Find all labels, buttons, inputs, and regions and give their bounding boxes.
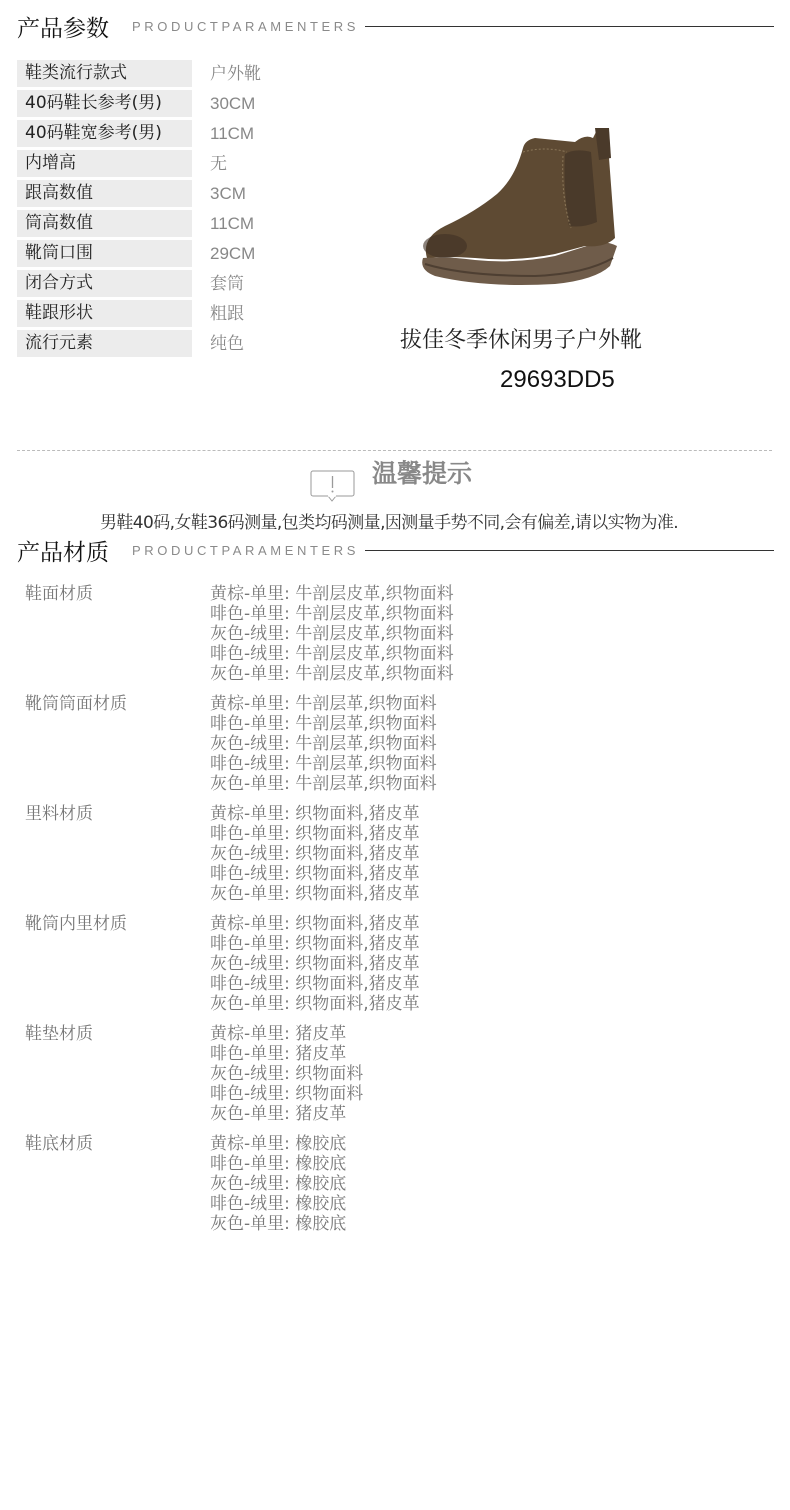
material-line: 啡色-单里: 织物面料,猪皮革: [210, 934, 420, 954]
divider-line: [365, 26, 774, 27]
material-line: 啡色-单里: 牛剖层皮革,织物面料: [210, 604, 454, 624]
material-line: 啡色-单里: 牛剖层革,织物面料: [210, 714, 437, 734]
boot-product-image: [405, 118, 635, 298]
param-value: 纯色: [210, 330, 244, 357]
materials-list: 鞋面材质 黄棕-单里: 牛剖层皮革,织物面料 啡色-单里: 牛剖层皮革,织物面料…: [25, 584, 765, 1244]
param-value: 无: [210, 150, 227, 177]
material-group: 靴筒筒面材质 黄棕-单里: 牛剖层革,织物面料 啡色-单里: 牛剖层革,织物面料…: [25, 694, 765, 794]
material-line: 啡色-绒里: 织物面料: [210, 1084, 363, 1104]
material-group: 里料材质 黄棕-单里: 织物面料,猪皮革 啡色-单里: 织物面料,猪皮革 灰色-…: [25, 804, 765, 904]
param-key: 内增高: [17, 150, 192, 177]
param-row: 跟高数值3CM: [17, 180, 377, 207]
exclamation-speech-bubble-icon: [310, 470, 355, 502]
material-values: 黄棕-单里: 猪皮革 啡色-单里: 猪皮革 灰色-绒里: 织物面料 啡色-绒里:…: [210, 1024, 363, 1124]
material-key: 靴筒筒面材质: [25, 694, 210, 794]
param-key: 跟高数值: [17, 180, 192, 207]
param-row: 40码鞋宽参考(男)11CM: [17, 120, 377, 147]
material-line: 灰色-绒里: 橡胶底: [210, 1174, 346, 1194]
material-line: 灰色-单里: 牛剖层皮革,织物面料: [210, 664, 454, 684]
param-value: 11CM: [210, 210, 254, 237]
param-key: 靴筒口围: [17, 240, 192, 267]
material-line: 灰色-单里: 橡胶底: [210, 1214, 346, 1234]
material-values: 黄棕-单里: 牛剖层皮革,织物面料 啡色-单里: 牛剖层皮革,织物面料 灰色-绒…: [210, 584, 454, 684]
material-line: 啡色-绒里: 牛剖层革,织物面料: [210, 754, 437, 774]
material-values: 黄棕-单里: 织物面料,猪皮革 啡色-单里: 织物面料,猪皮革 灰色-绒里: 织…: [210, 914, 420, 1014]
material-line: 黄棕-单里: 织物面料,猪皮革: [210, 804, 420, 824]
material-line: 啡色-绒里: 橡胶底: [210, 1194, 346, 1214]
material-group: 鞋垫材质 黄棕-单里: 猪皮革 啡色-单里: 猪皮革 灰色-绒里: 织物面料 啡…: [25, 1024, 765, 1124]
params-section-title: 产品参数: [17, 10, 109, 43]
divider-line: [365, 550, 774, 551]
param-row: 流行元素纯色: [17, 330, 377, 357]
param-value: 套筒: [210, 270, 244, 297]
material-line: 灰色-单里: 织物面料,猪皮革: [210, 994, 420, 1014]
materials-section-title: 产品材质: [17, 534, 109, 567]
param-value: 粗跟: [210, 300, 244, 327]
param-key: 40码鞋长参考(男): [17, 90, 192, 117]
material-line: 啡色-绒里: 织物面料,猪皮革: [210, 974, 420, 994]
param-key: 鞋跟形状: [17, 300, 192, 327]
material-line: 灰色-单里: 织物面料,猪皮革: [210, 884, 420, 904]
param-row: 40码鞋长参考(男)30CM: [17, 90, 377, 117]
materials-section-subtitle: PRODUCTPARAMENTERS: [132, 543, 359, 558]
material-line: 黄棕-单里: 牛剖层革,织物面料: [210, 694, 437, 714]
param-value: 11CM: [210, 120, 254, 147]
material-line: 灰色-绒里: 织物面料: [210, 1064, 363, 1084]
param-key: 流行元素: [17, 330, 192, 357]
material-group: 鞋底材质 黄棕-单里: 橡胶底 啡色-单里: 橡胶底 灰色-绒里: 橡胶底 啡色…: [25, 1134, 765, 1234]
product-name: 拔佳冬季休闲男子户外靴: [400, 323, 642, 354]
param-key: 筒高数值: [17, 210, 192, 237]
material-key: 里料材质: [25, 804, 210, 904]
material-line: 啡色-单里: 猪皮革: [210, 1044, 363, 1064]
material-key: 鞋垫材质: [25, 1024, 210, 1124]
param-row: 鞋跟形状粗跟: [17, 300, 377, 327]
material-values: 黄棕-单里: 橡胶底 啡色-单里: 橡胶底 灰色-绒里: 橡胶底 啡色-绒里: …: [210, 1134, 346, 1234]
material-values: 黄棕-单里: 牛剖层革,织物面料 啡色-单里: 牛剖层革,织物面料 灰色-绒里:…: [210, 694, 437, 794]
material-key: 鞋底材质: [25, 1134, 210, 1234]
param-value: 30CM: [210, 90, 255, 117]
param-row: 鞋类流行款式户外靴: [17, 60, 377, 87]
params-section-header: 产品参数 PRODUCTPARAMENTERS: [17, 6, 774, 46]
product-code: 29693DD5: [500, 366, 615, 394]
params-section-subtitle: PRODUCTPARAMENTERS: [132, 19, 359, 34]
material-line: 灰色-绒里: 织物面料,猪皮革: [210, 844, 420, 864]
param-row: 筒高数值11CM: [17, 210, 377, 237]
param-value: 户外靴: [210, 60, 261, 87]
material-line: 灰色-绒里: 织物面料,猪皮革: [210, 954, 420, 974]
material-values: 黄棕-单里: 织物面料,猪皮革 啡色-单里: 织物面料,猪皮革 灰色-绒里: 织…: [210, 804, 420, 904]
material-group: 靴筒内里材质 黄棕-单里: 织物面料,猪皮革 啡色-单里: 织物面料,猪皮革 灰…: [25, 914, 765, 1014]
material-line: 啡色-单里: 织物面料,猪皮革: [210, 824, 420, 844]
material-line: 啡色-绒里: 牛剖层皮革,织物面料: [210, 644, 454, 664]
material-line: 啡色-单里: 橡胶底: [210, 1154, 346, 1174]
material-group: 鞋面材质 黄棕-单里: 牛剖层皮革,织物面料 啡色-单里: 牛剖层皮革,织物面料…: [25, 584, 765, 684]
param-value: 29CM: [210, 240, 255, 267]
param-value: 3CM: [210, 180, 246, 207]
material-line: 黄棕-单里: 橡胶底: [210, 1134, 346, 1154]
tip-title: 温馨提示: [372, 454, 472, 490]
param-key: 闭合方式: [17, 270, 192, 297]
param-row: 内增高无: [17, 150, 377, 177]
material-line: 黄棕-单里: 织物面料,猪皮革: [210, 914, 420, 934]
materials-section-header: 产品材质 PRODUCTPARAMENTERS: [17, 530, 774, 570]
param-row: 靴筒口围29CM: [17, 240, 377, 267]
material-line: 灰色-绒里: 牛剖层革,织物面料: [210, 734, 437, 754]
material-line: 啡色-绒里: 织物面料,猪皮革: [210, 864, 420, 884]
params-table: 鞋类流行款式户外靴 40码鞋长参考(男)30CM 40码鞋宽参考(男)11CM …: [17, 60, 377, 360]
material-key: 靴筒内里材质: [25, 914, 210, 1014]
material-line: 黄棕-单里: 猪皮革: [210, 1024, 363, 1044]
material-key: 鞋面材质: [25, 584, 210, 684]
material-line: 灰色-单里: 牛剖层革,织物面料: [210, 774, 437, 794]
material-line: 灰色-单里: 猪皮革: [210, 1104, 363, 1124]
param-key: 40码鞋宽参考(男): [17, 120, 192, 147]
dashed-divider: [17, 450, 772, 451]
material-line: 灰色-绒里: 牛剖层皮革,织物面料: [210, 624, 454, 644]
param-row: 闭合方式套筒: [17, 270, 377, 297]
material-line: 黄棕-单里: 牛剖层皮革,织物面料: [210, 584, 454, 604]
param-key: 鞋类流行款式: [17, 60, 192, 87]
